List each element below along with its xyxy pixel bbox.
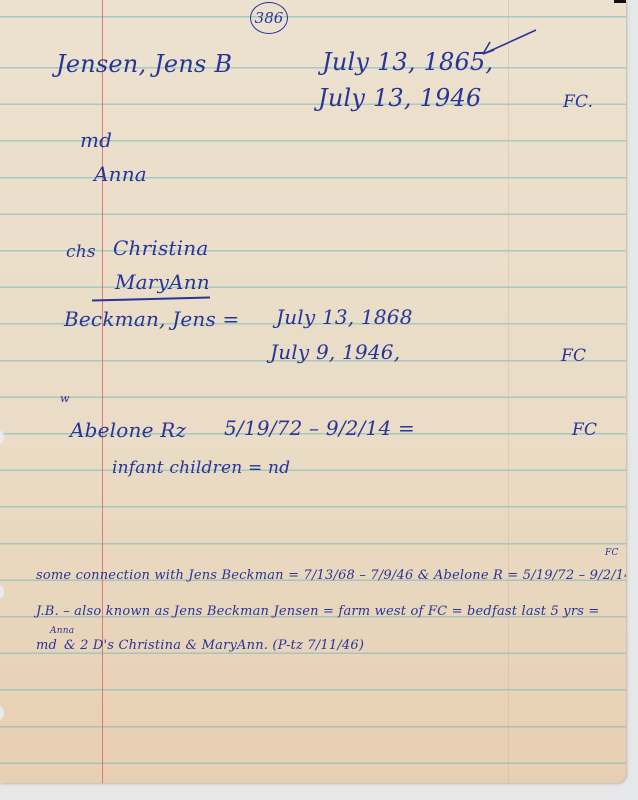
note-line-2: J.B. – also known as Jens Beckman Jensen… [36,604,600,619]
beckman-place: FC [561,346,586,366]
page-number: 386 [250,2,288,34]
margin-line [102,0,103,783]
jensen-born: July 13, 1865, [322,48,493,76]
wife-label: w [60,392,70,405]
note-line-1: some connection with Jens Beckman = 7/13… [36,568,626,583]
jensen-place: FC. [563,92,593,112]
infant-children-note: infant children = nd [112,458,290,478]
right-margin-line [508,0,509,783]
beckman-born: July 13, 1868 [276,305,413,329]
check-mark-icon [480,28,540,58]
note-line-1-superscript: FC [605,548,619,558]
wife-place: FC [572,420,597,440]
beckman-name: Beckman, Jens = [64,307,239,331]
ruled-lines [0,0,626,783]
notebook-page: 386 Jensen, Jens B July 13, 1865, July 1… [0,0,626,783]
note-line-3-prefix: md [36,638,57,653]
children-label: chs [66,242,96,262]
spouse-name: Anna [94,162,147,186]
note-line-3: & 2 D's Christina & MaryAnn. (P-tz 7/11/… [64,638,364,653]
note-line-3-superscript: Anna [50,626,74,636]
wife-dates: 5/19/72 – 9/2/14 = [224,416,415,440]
jensen-died: July 13, 1946 [318,84,481,112]
beckman-died: July 9, 1946, [270,340,400,364]
wife-name: Abelone Rz [70,418,186,442]
child-name: Christina [113,236,208,260]
child-name: MaryAnn [115,270,210,294]
married-label: md [80,128,112,152]
jensen-name: Jensen, Jens B [56,50,232,78]
scan-edge [614,0,626,3]
